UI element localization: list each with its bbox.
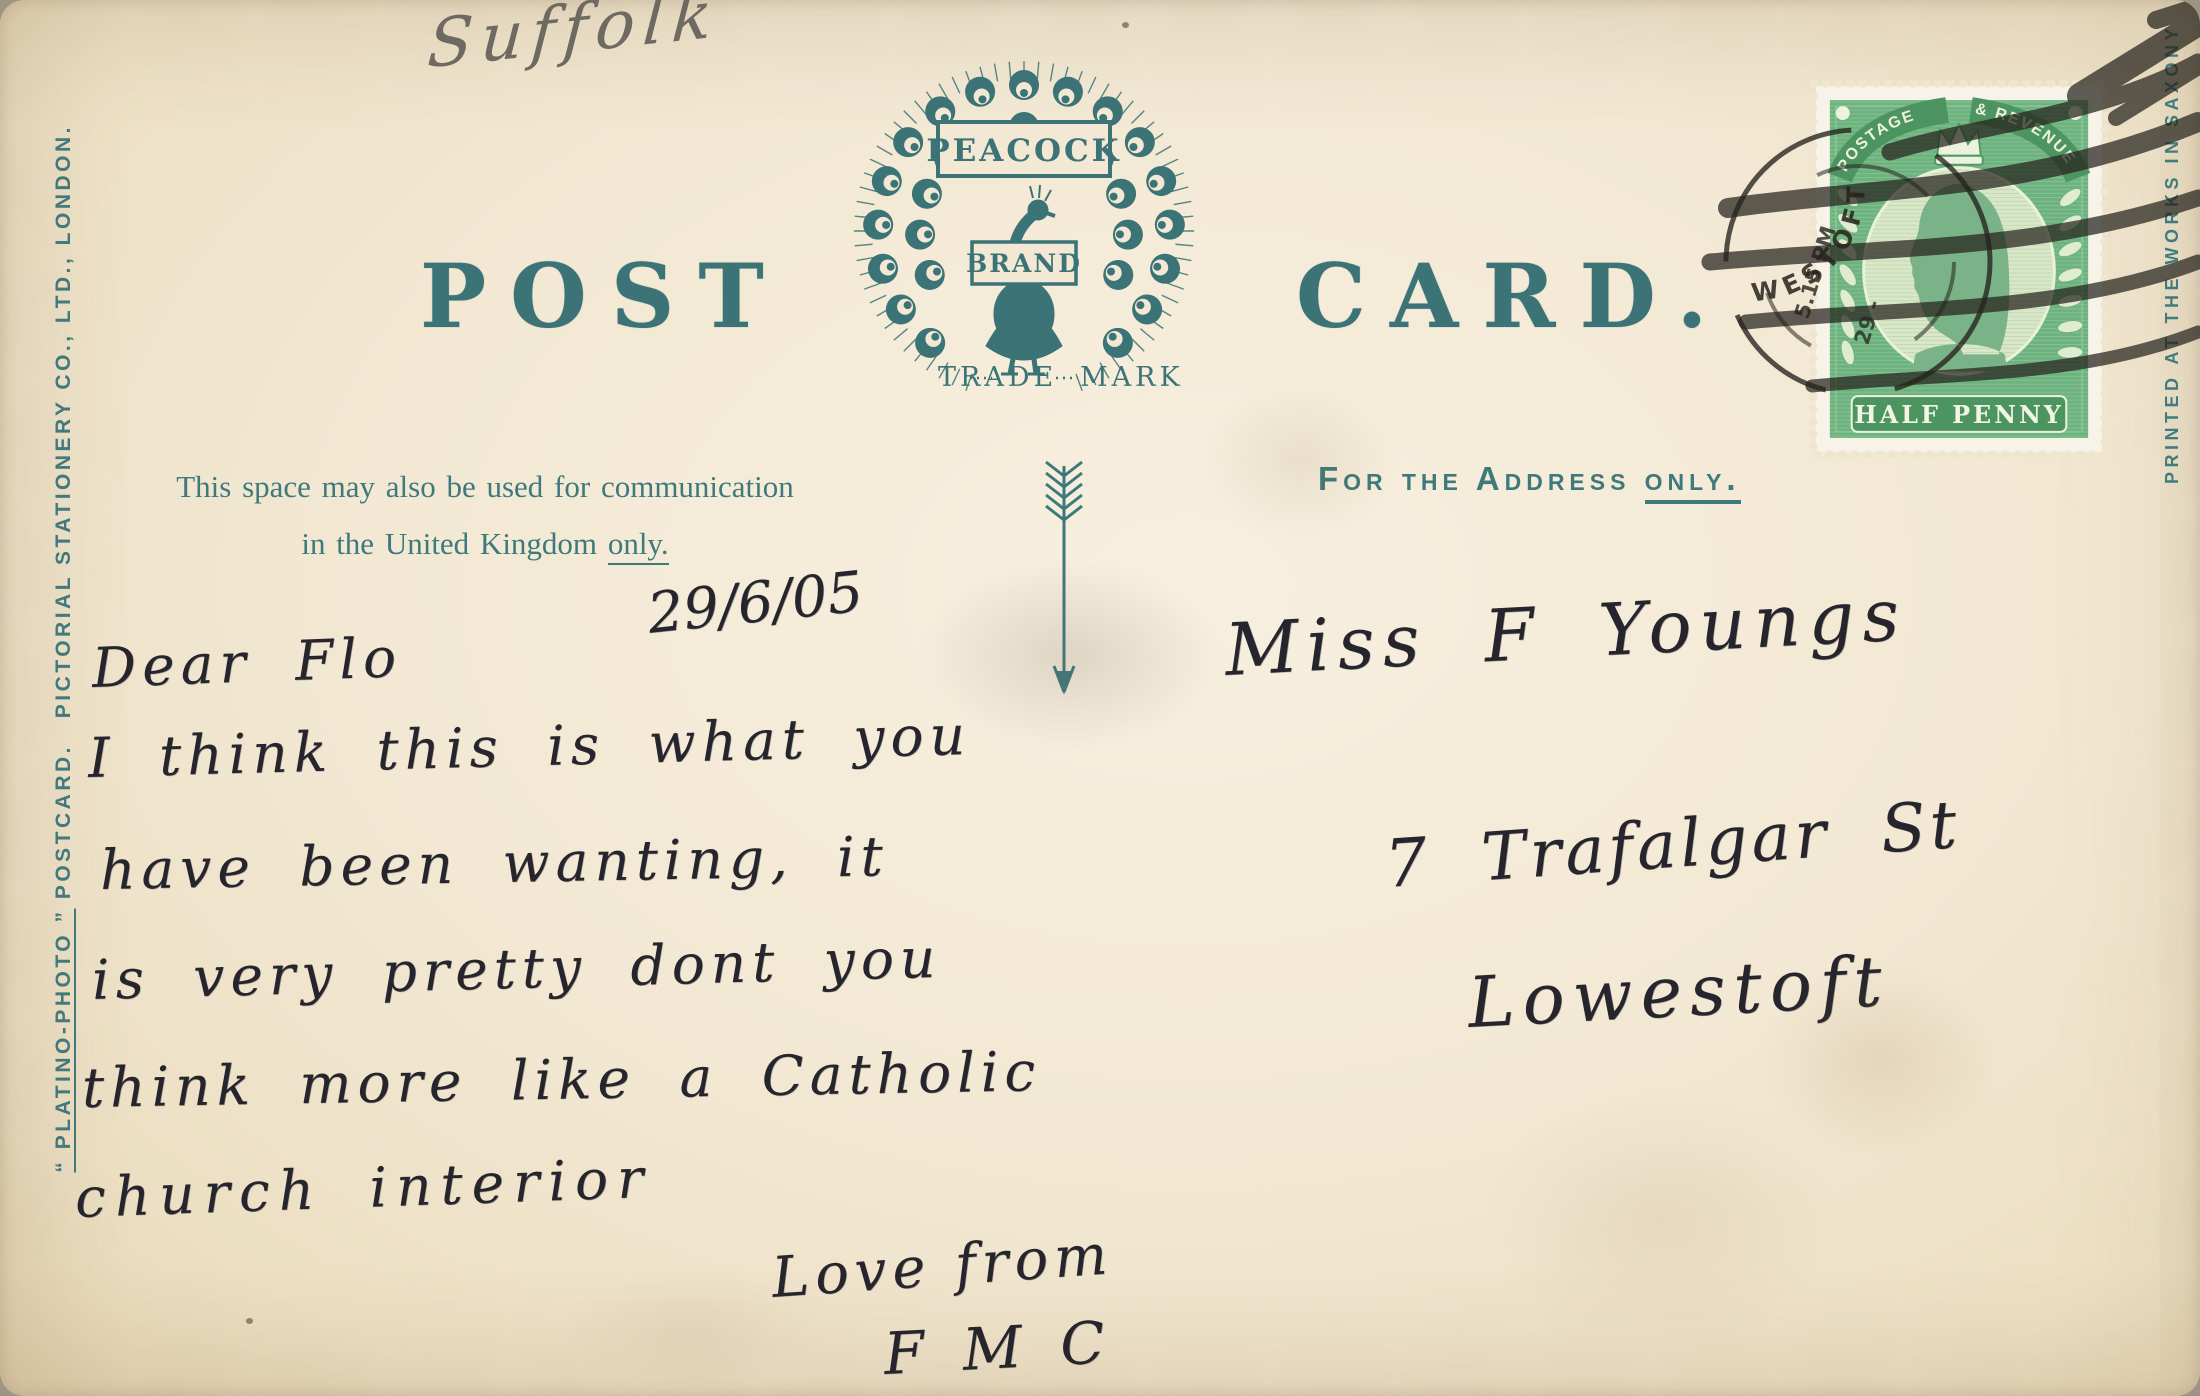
cancel-killer-bars — [1710, 6, 2200, 386]
message-line: have been wanting, it — [99, 824, 889, 902]
left-edge-publisher-imprint: PICTORIAL STATIONERY CO., LTD., LONDON. — [52, 124, 76, 718]
platino-photo-label: “ PLATINO-PHOTO ” — [52, 909, 75, 1173]
postcard-paper: PICTORIAL STATIONERY CO., LTD., LONDON. … — [0, 0, 2200, 1396]
handwritten-date: 29/6/05 — [645, 560, 867, 647]
postcard-label: POSTCARD. — [52, 744, 75, 909]
message-closing: Love from — [770, 1222, 1115, 1311]
dust-speck — [1122, 22, 1129, 28]
postmark-day: 29 - — [1850, 297, 1886, 347]
message-line: think more like a Catholic — [81, 1039, 1041, 1120]
message-line: is very pretty dont you — [91, 926, 942, 1012]
only-underlined: only. — [608, 526, 669, 565]
left-edge-process-imprint: “ PLATINO-PHOTO ” POSTCARD. — [52, 744, 76, 1173]
down-arrow-icon — [1032, 452, 1096, 708]
pencil-note-suffolk: Suffolk — [425, 0, 722, 83]
postcard-scan: PICTORIAL STATIONERY CO., LTD., LONDON. … — [0, 0, 2200, 1396]
message-line: I think this is what you — [87, 703, 972, 790]
communication-line1: This space may also be used for communic… — [138, 458, 832, 515]
emblem-peacock-label: PEACOCK — [926, 133, 1121, 169]
address-line-town: Lowestoft — [1466, 940, 1892, 1044]
postmark: WESTOFT 5.15 PM 29 - — [1560, 0, 2200, 470]
emblem-brand-label: BRAND — [966, 249, 1082, 278]
communication-notice: This space may also be used for communic… — [138, 458, 832, 572]
peacock-emblem: PEACOCK BRAND TRADE MARK — [852, 26, 1196, 446]
address-line-name: Miss F Youngs — [1223, 572, 1909, 692]
dust-speck — [246, 1318, 253, 1324]
message-line: church interior — [74, 1146, 653, 1230]
mark-label: MARK — [1080, 362, 1184, 393]
foxing-stain — [1480, 1090, 1840, 1350]
address-line-street: 7 Trafalgar St — [1382, 786, 1963, 903]
trade-label: TRADE — [938, 362, 1057, 393]
message-signature: F M C — [882, 1308, 1116, 1388]
post-word: POST — [420, 244, 788, 348]
emblem-boxes: PEACOCK BRAND — [926, 122, 1121, 284]
message-salutation: Dear Flo — [91, 625, 403, 700]
communication-line2: in the United Kingdom only. — [138, 515, 832, 572]
